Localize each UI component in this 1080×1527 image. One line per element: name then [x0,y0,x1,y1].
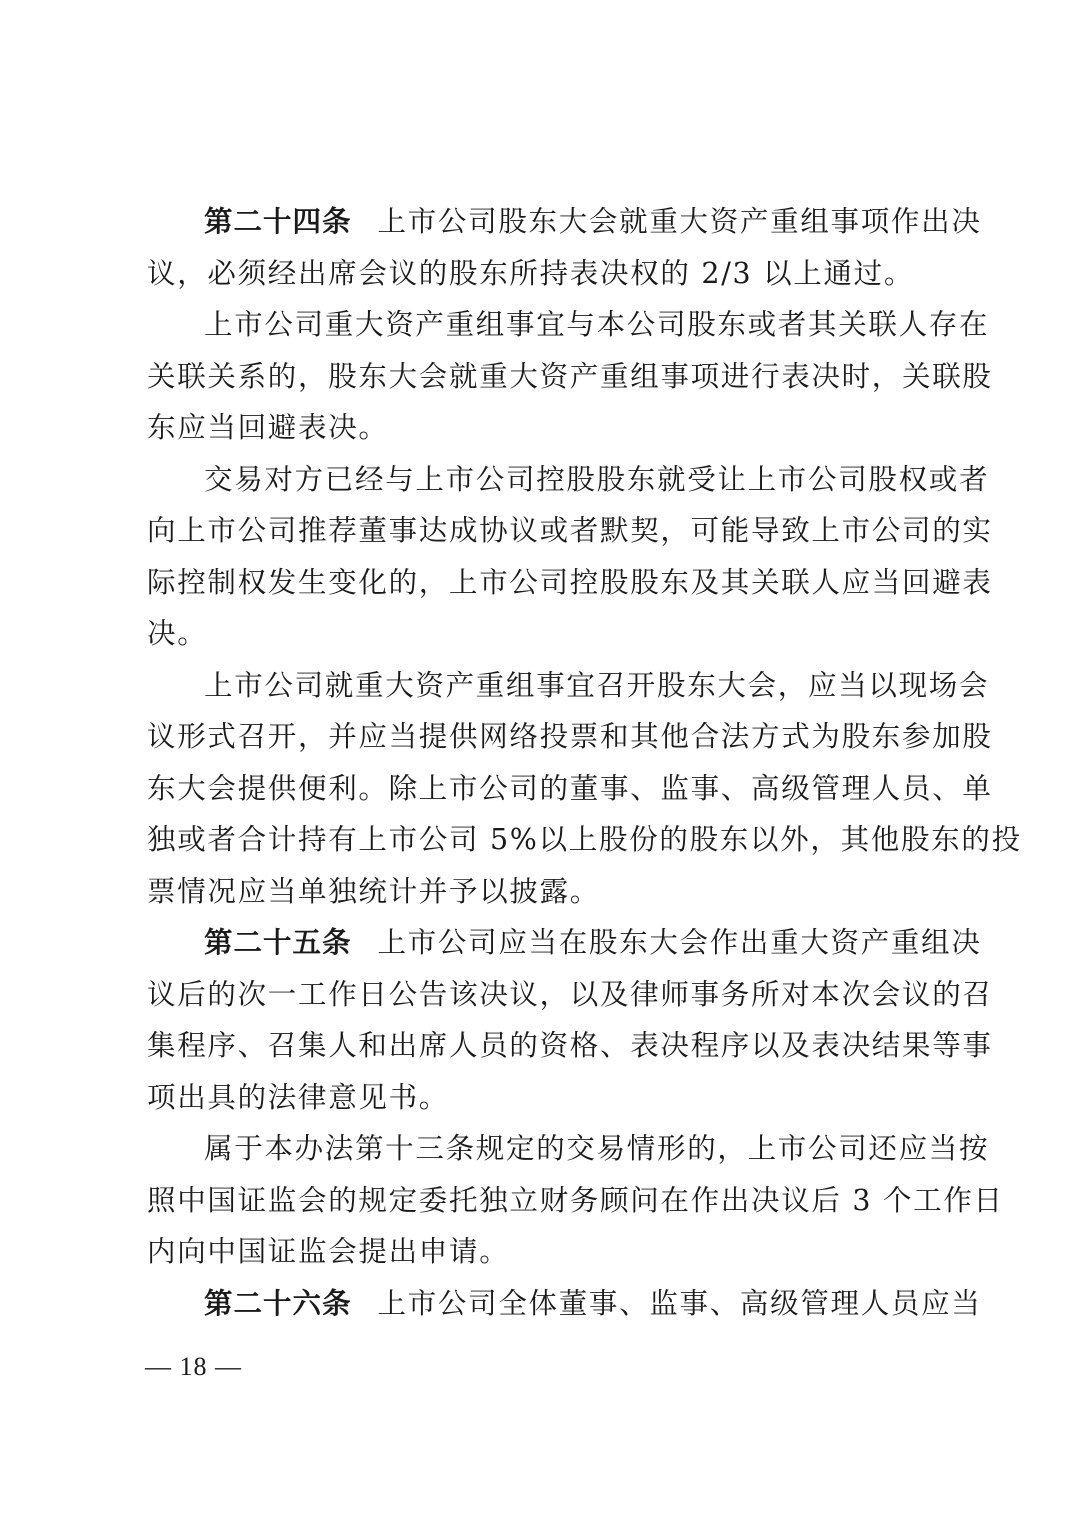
article-heading: 第二十六条 [204,1287,352,1320]
text-line: 向上市公司推荐董事达成协议或者默契，可能导致上市公司的实 [147,505,937,557]
text-line: 决。 [147,608,937,660]
text-line: 东大会提供便利。除上市公司的董事、监事、高级管理人员、单 [147,763,937,815]
paragraph: 上市公司重大资产重组事宜与本公司股东或者其关联人存在 关联关系的，股东大会就重大… [147,299,937,454]
paragraph: 第二十六条上市公司全体董事、监事、高级管理人员应当 [147,1278,937,1330]
page-number: — 18 — [145,1352,242,1382]
text-line: 东应当回避表决。 [147,402,937,454]
text-line: 第二十六条上市公司全体董事、监事、高级管理人员应当 [147,1278,937,1330]
paragraph: 第二十四条上市公司股东大会就重大资产重组事项作出决 议，必须经出席会议的股东所持… [147,196,937,299]
paragraph: 交易对方已经与上市公司控股股东就受让上市公司股权或者 向上市公司推荐董事达成协议… [147,454,937,660]
text-line: 集程序、召集人和出席人员的资格、表决程序以及表决结果等事 [147,1020,937,1072]
article-26: 第二十六条上市公司全体董事、监事、高级管理人员应当 [147,1278,937,1330]
paragraph: 属于本办法第十三条规定的交易情形的，上市公司还应当按 照中国证监会的规定委托独立… [147,1123,937,1278]
article-25: 第二十五条上市公司应当在股东大会作出重大资产重组决 议后的次一工作日公告该决议，… [147,917,937,1278]
text-line: 议，必须经出席会议的股东所持表决权的 2/3 以上通过。 [147,248,937,300]
text-line: 关联关系的，股东大会就重大资产重组事项进行表决时，关联股 [147,351,937,403]
text-line: 第二十五条上市公司应当在股东大会作出重大资产重组决 [147,917,937,969]
article-heading: 第二十五条 [204,926,352,959]
text-line: 独或者合计持有上市公司 5%以上股份的股东以外，其他股东的投 [147,814,937,866]
text-line: 议后的次一工作日公告该决议，以及律师事务所对本次会议的召 [147,969,937,1021]
text-line: 票情况应当单独统计并予以披露。 [147,866,937,918]
document-page: 第二十四条上市公司股东大会就重大资产重组事项作出决 议，必须经出席会议的股东所持… [147,196,937,1329]
text-line: 议形式召开，并应当提供网络投票和其他合法方式为股东参加股 [147,711,937,763]
article-24: 第二十四条上市公司股东大会就重大资产重组事项作出决 议，必须经出席会议的股东所持… [147,196,937,917]
text-line: 交易对方已经与上市公司控股股东就受让上市公司股权或者 [147,454,937,506]
text-line: 上市公司重大资产重组事宜与本公司股东或者其关联人存在 [147,299,937,351]
paragraph: 上市公司就重大资产重组事宜召开股东大会，应当以现场会 议形式召开，并应当提供网络… [147,660,937,918]
text-line: 属于本办法第十三条规定的交易情形的，上市公司还应当按 [147,1123,937,1175]
text-line: 第二十四条上市公司股东大会就重大资产重组事项作出决 [147,196,937,248]
text-line: 项出具的法律意见书。 [147,1072,937,1124]
article-heading: 第二十四条 [204,205,352,238]
text-line: 照中国证监会的规定委托独立财务顾问在作出决议后 3 个工作日 [147,1175,937,1227]
text-line: 际控制权发生变化的，上市公司控股股东及其关联人应当回避表 [147,557,937,609]
text-line: 上市公司就重大资产重组事宜召开股东大会，应当以现场会 [147,660,937,712]
text-line: 内向中国证监会提出申请。 [147,1226,937,1278]
paragraph: 第二十五条上市公司应当在股东大会作出重大资产重组决 议后的次一工作日公告该决议，… [147,917,937,1123]
